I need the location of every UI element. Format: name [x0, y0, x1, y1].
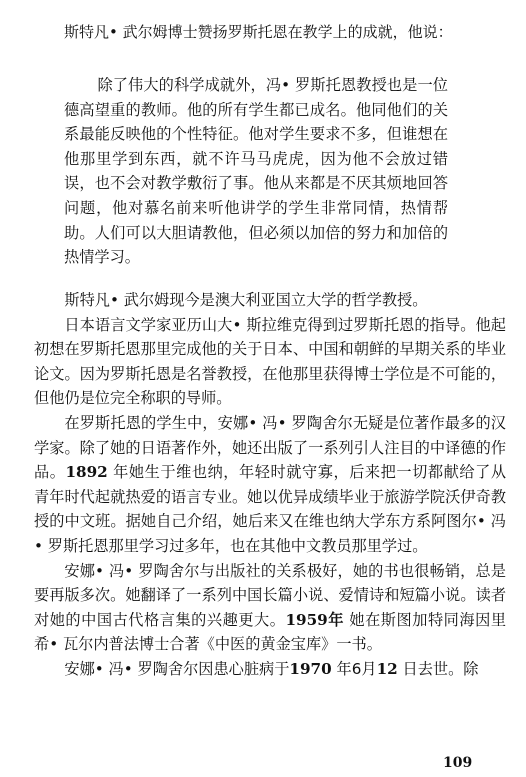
intro-line: 斯特凡• 武尔姆博士赞扬罗斯托恩在教学上的成就，他说：	[64, 20, 514, 44]
document-page: 斯特凡• 武尔姆博士赞扬罗斯托恩在教学上的成就，他说： 除了伟大的科学成就外，冯…	[0, 0, 526, 777]
paragraph-rottauscher-bio: 在罗斯托恩的学生中，安娜• 冯• 罗陶舍尔无疑是位著作最多的汉学家。除了她的日语…	[34, 411, 506, 559]
year-number: 1892	[65, 463, 107, 481]
paragraph-wurm: 斯特凡• 武尔姆现今是澳大利亚国立大学的哲学教授。	[34, 288, 506, 313]
text-segment: 安娜• 冯• 罗陶舍尔因患心脏病于	[64, 660, 289, 678]
paragraph-rottauscher-death: 安娜• 冯• 罗陶舍尔因患心脏病于1970 年6月12 日去世。除	[34, 657, 506, 682]
page-number: 109	[443, 754, 472, 772]
text-segment: 日去世。除	[398, 660, 479, 678]
year-number: 1959年	[285, 611, 344, 629]
year-number: 1970	[289, 660, 331, 678]
day-number: 12	[377, 660, 398, 678]
block-quote: 除了伟大的科学成就外，冯• 罗斯托恩教授也是一位德高望重的教师。他的所有学生都已…	[64, 73, 448, 270]
paragraph-slawik: 日本语言文学家亚历山大• 斯拉维克得到过罗斯托恩的指导。他起初想在罗斯托恩那里完…	[34, 313, 506, 411]
text-segment: 年6月	[332, 660, 377, 678]
body-text: 斯特凡• 武尔姆现今是澳大利亚国立大学的哲学教授。 日本语言文学家亚历山大• 斯…	[34, 288, 506, 682]
paragraph-rottauscher-publishing: 安娜• 冯• 罗陶舍尔与出版社的关系极好，她的书也很畅销，总是要再版多次。她翻译…	[34, 559, 506, 657]
